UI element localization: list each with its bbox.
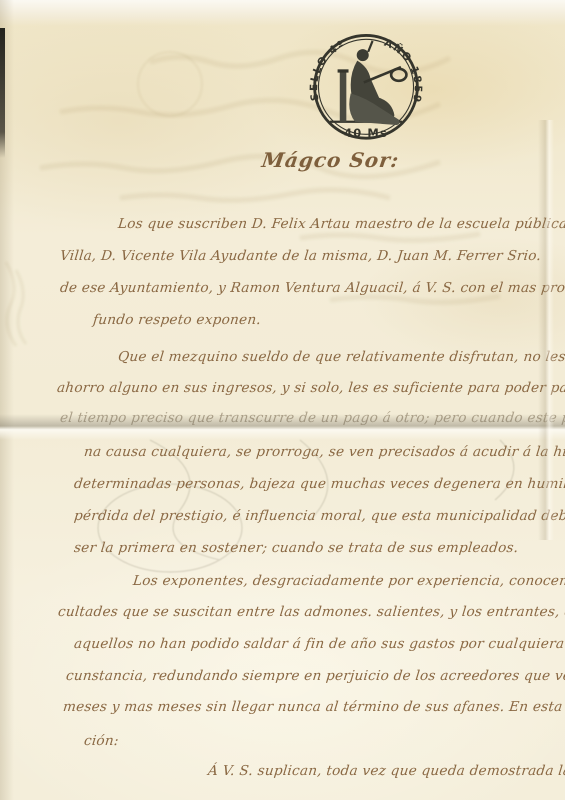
tax-stamp-seal: SELLO 4º AÑO 1859 40 Ms (300, 30, 432, 148)
manuscript-line: ción: (83, 733, 119, 749)
manuscript-line: determinadas personas, bajeza que muchas… (73, 476, 565, 492)
manuscript-line: de ese Ayuntamiento, y Ramon Ventura Alg… (59, 280, 565, 296)
manuscript-line: meses y mas meses sin llegar nunca al té… (62, 699, 565, 715)
scan-edge (0, 28, 5, 158)
paper-top-edge (0, 0, 565, 26)
horizontal-fold-crease (0, 414, 565, 440)
vertical-fold-crease (538, 120, 554, 540)
seal-bottom-label: 40 Ms (344, 126, 388, 140)
manuscript-line: Villa, D. Vicente Vila Ayudante de la mi… (59, 248, 542, 264)
manuscript-line: ser la primera en sostener; cuando se tr… (73, 540, 519, 556)
manuscript-line: Los que suscriben D. Felix Artau maestro… (117, 216, 565, 232)
manuscript-line: ahorro alguno en sus ingresos, y si solo… (56, 380, 565, 396)
salutation-heading: Mágco Sor: (260, 148, 401, 172)
manuscript-line: aquellos no han podido saldar á fin de a… (73, 636, 565, 652)
manuscript-line: Que el mezquino sueldo de que relativame… (117, 349, 565, 365)
manuscript-line: fundo respeto exponen. (92, 312, 262, 328)
manuscript-line: Los exponentes, desgraciadamente por exp… (132, 573, 565, 589)
manuscript-line: na causa cualquiera, se prorroga, se ven… (83, 444, 565, 460)
manuscript-line: Á V. S. suplican, toda vez que queda dem… (207, 763, 565, 779)
manuscript-line: cunstancia, redundando siempre en perjui… (65, 668, 565, 684)
manuscript-line: pérdida del prestigio, é influencia mora… (73, 508, 565, 524)
manuscript-line: cultades que se suscitan entre las admon… (57, 604, 565, 620)
